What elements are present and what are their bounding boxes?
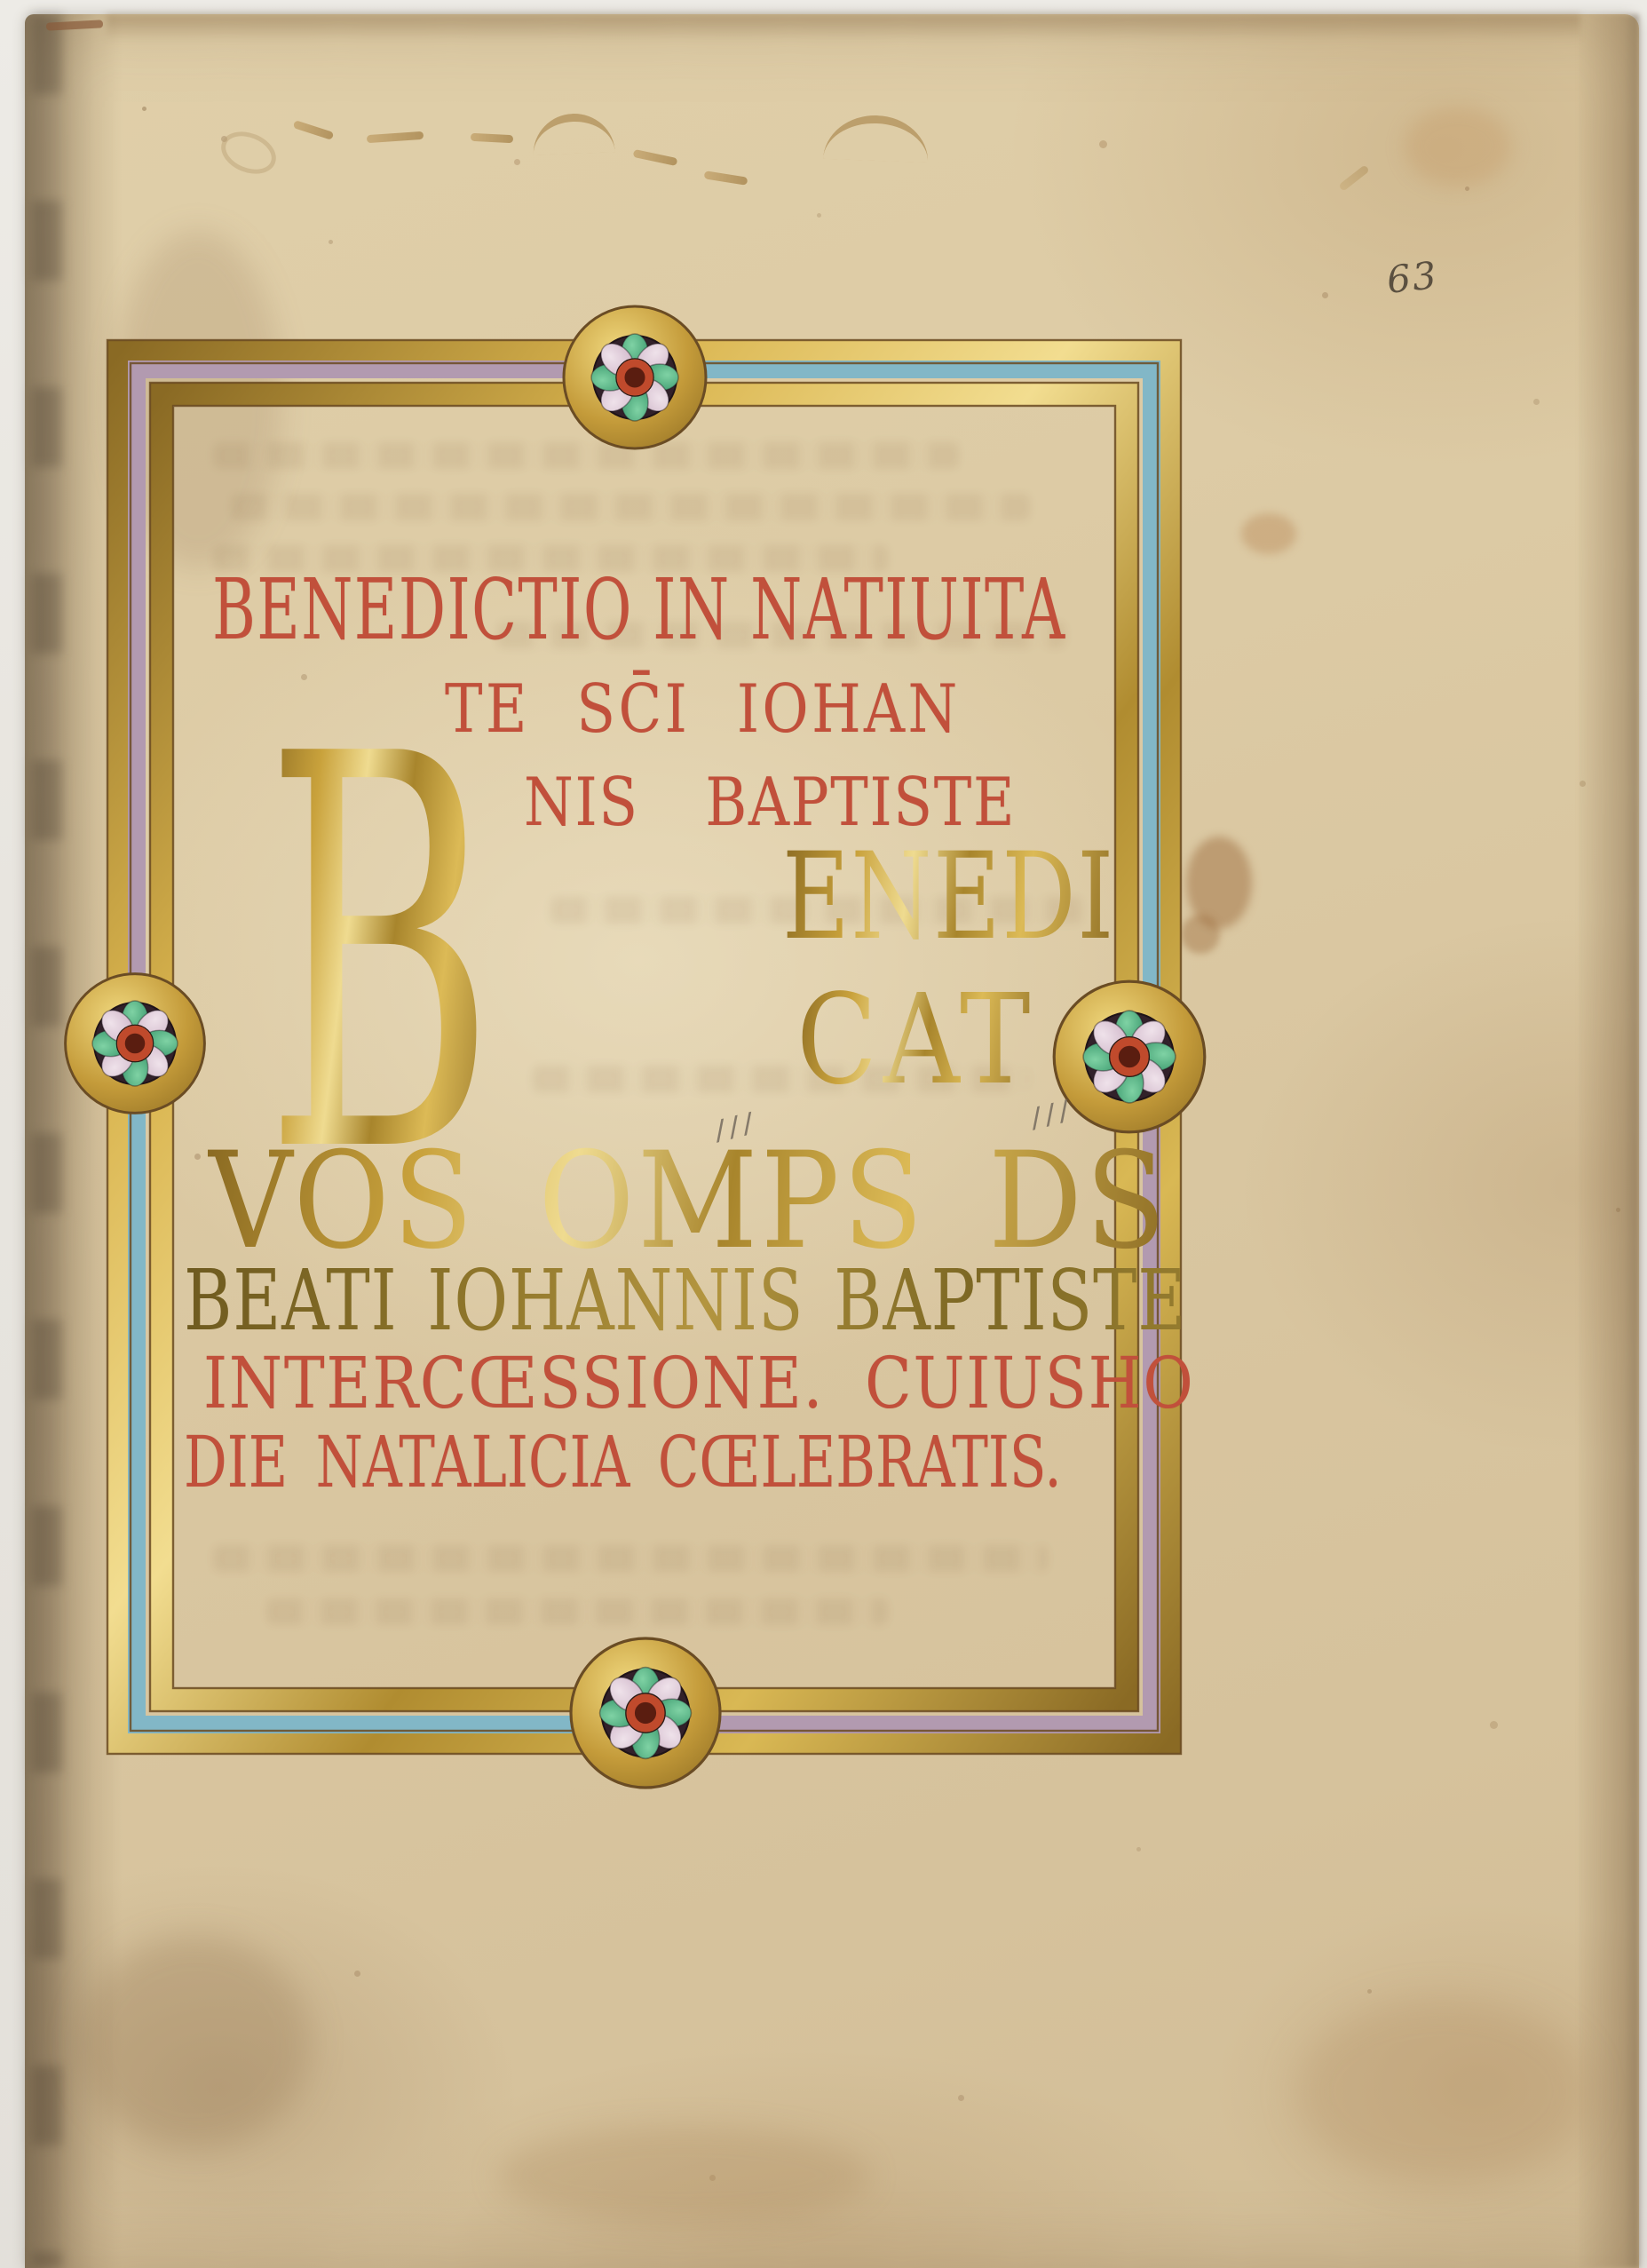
incipit-line-3: VOS OMPS DS	[208, 1135, 1168, 1268]
rubric-line-2: TE SC̄I IOHAN	[445, 676, 961, 742]
rosette-medallion-left	[66, 974, 205, 1114]
closing-line-2: DIE NATALICIA CŒLEBRATIS.	[184, 1427, 1062, 1498]
closing-line-1: INTERCŒSSIONE. CUIUSHO	[203, 1348, 1194, 1419]
rosette-medallion-right	[1054, 981, 1205, 1132]
rubric-line-1: BENEDICTIO IN NATIUITA	[212, 568, 1066, 653]
incipit-line-2: CAT	[796, 979, 1036, 1103]
incipit-line-4: BEATI IOHANNIS BAPTISTE	[184, 1259, 1186, 1344]
incipit-line-1: ENEDI	[782, 837, 1115, 956]
rosette-medallion-top	[564, 306, 706, 448]
rosette-medallion-bottom	[571, 1638, 720, 1788]
manuscript-photo: 63	[0, 0, 1647, 2268]
rubric-line-3: NIS BAPTISTE	[524, 769, 1016, 836]
